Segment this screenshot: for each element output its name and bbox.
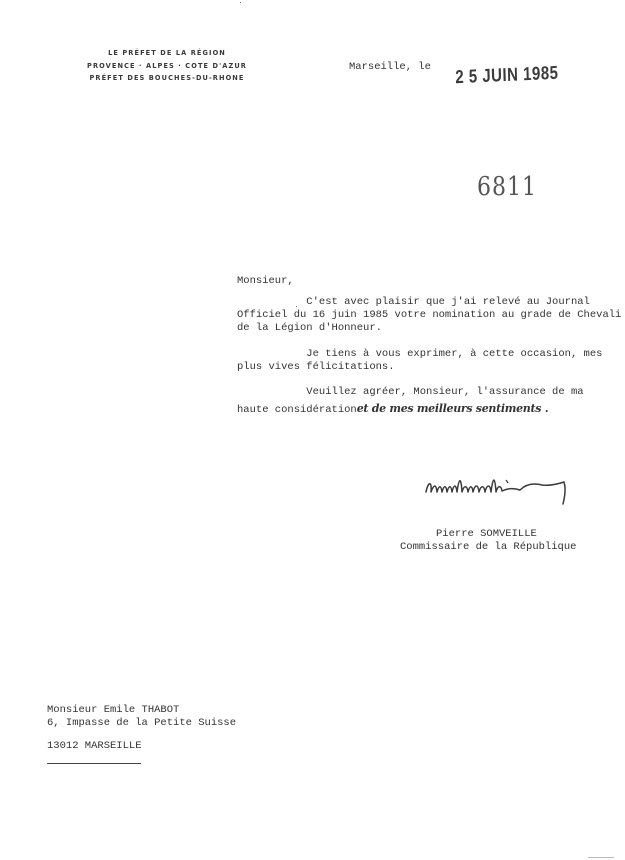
- scan-mark: [588, 857, 614, 858]
- recipient-line-2: 6, Impasse de la Petite Suisse: [47, 717, 236, 730]
- paragraph-3-line-2: haute considération: [237, 404, 357, 416]
- letterhead-line-2: PROVENCE · ALPES · COTE D'AZUR: [62, 60, 272, 73]
- handwritten-addition: et de mes meilleurs sentiments .: [357, 402, 549, 415]
- date-stamp: 2 5 JUIN 1985: [455, 62, 559, 88]
- paragraph-3: Veuillez agréer, Monsieur, l'assurance d…: [237, 386, 584, 417]
- scan-speck: [240, 2, 241, 3]
- paragraph-1: C'est avec plaisir que j'ai relevé au Jo…: [237, 296, 621, 335]
- recipient-city: 13012 MARSEILLE: [47, 740, 142, 753]
- dateline-place: Marseille, le: [349, 61, 431, 74]
- letterhead-line-1: LE PRÉFET DE LA RÉGION: [62, 47, 272, 60]
- signatory-title: Commissaire de la République: [400, 541, 576, 554]
- address-underline: [47, 763, 141, 764]
- salutation: Monsieur,: [237, 275, 294, 288]
- paragraph-1-line-1: C'est avec plaisir que j'ai relevé au Jo…: [237, 296, 621, 309]
- paragraph-3-line-1: Veuillez agréer, Monsieur, l'assurance d…: [237, 386, 584, 399]
- paragraph-1-line-3: de la Légion d'Honneur.: [237, 322, 621, 335]
- letterhead: LE PRÉFET DE LA RÉGION PROVENCE · ALPES …: [62, 47, 272, 85]
- scan-speck: [296, 306, 297, 307]
- paragraph-2-line-2: plus vives félicitations.: [237, 361, 602, 374]
- letterhead-line-3: PRÉFET DES BOUCHES-DU-RHONE: [62, 72, 272, 85]
- signatory-name: Pierre SOMVEILLE: [436, 528, 537, 541]
- paragraph-2-line-1: Je tiens à vous exprimer, à cette occasi…: [237, 348, 602, 361]
- paragraph-2: Je tiens à vous exprimer, à cette occasi…: [237, 348, 602, 374]
- reference-number-stamp: 6811: [477, 172, 537, 202]
- signature-scrawl: [422, 470, 582, 510]
- closing-line: haute considérationet de mes meilleurs s…: [237, 399, 584, 417]
- paragraph-1-line-2: Officiel du 16 juin 1985 votre nominatio…: [237, 309, 621, 322]
- recipient-address: Monsieur Emile THABOT 6, Impasse de la P…: [47, 704, 236, 730]
- recipient-line-1: Monsieur Emile THABOT: [47, 704, 236, 717]
